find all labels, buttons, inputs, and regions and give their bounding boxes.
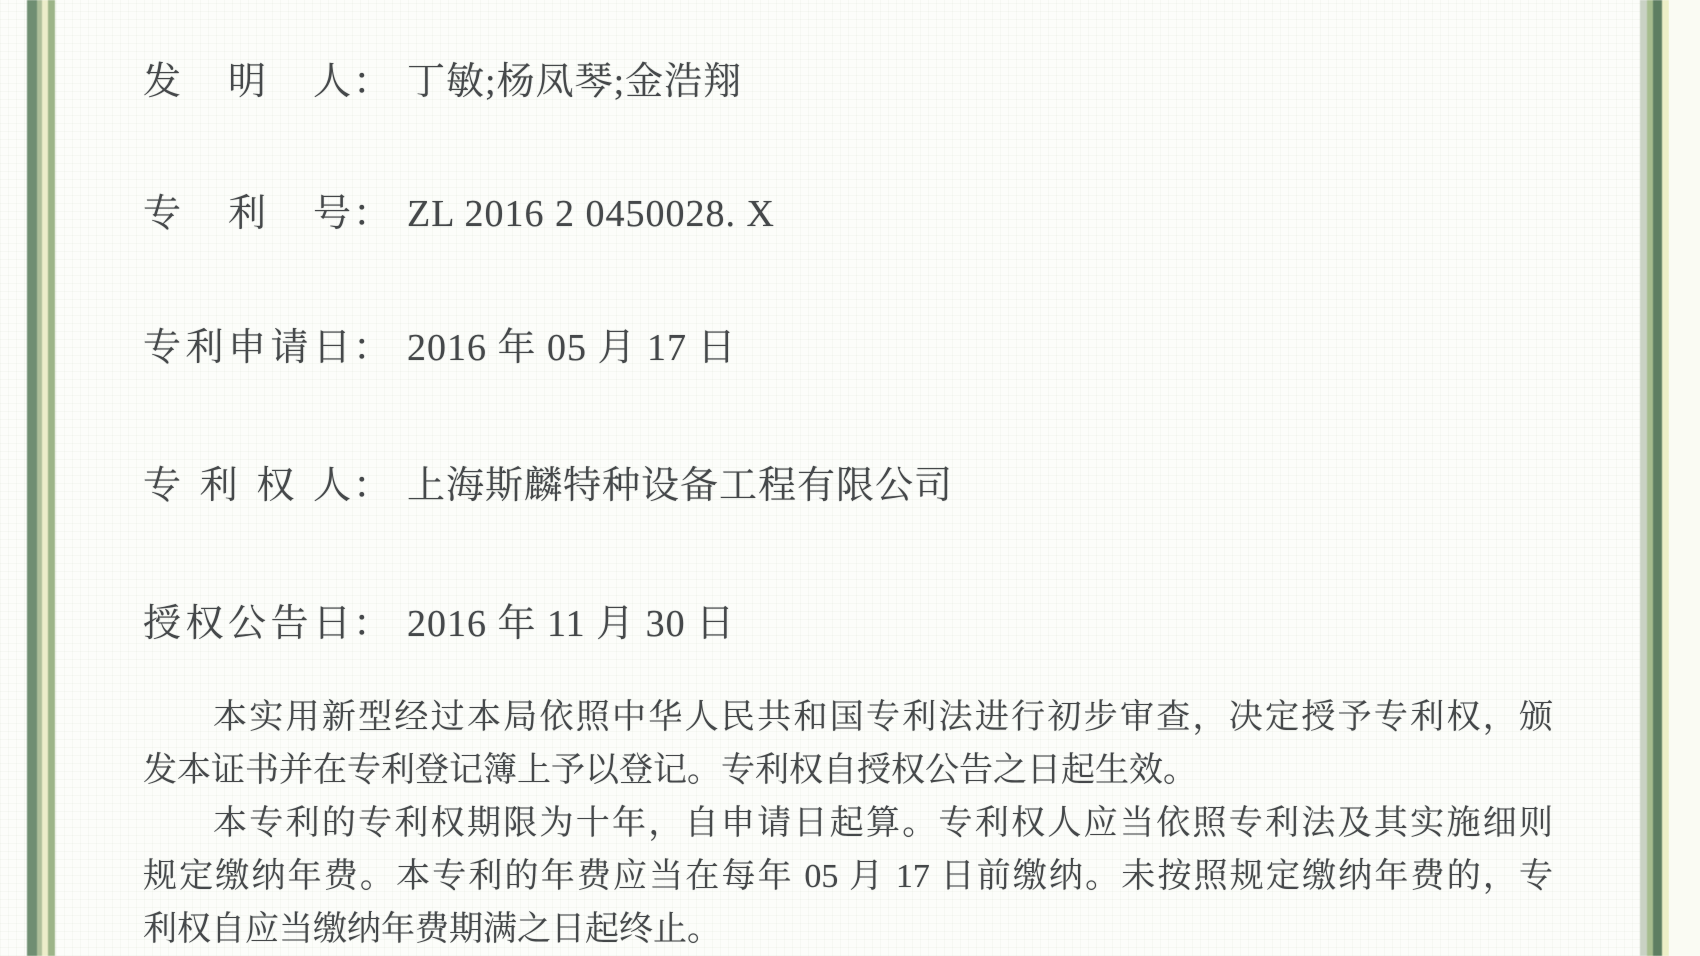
paragraph-line-4: 规定缴纳年费。本专利的年费应当在每年 05 月 17 日前缴纳。未按照规定缴纳年… [143,855,1553,899]
right-page-margin [1669,0,1700,956]
paragraph-line-2: 发本证书并在专利登记簿上予以登记。专利权自授权公告之日起生效。 [143,749,1553,793]
inventors-colon: ： [353,58,391,106]
inventors-value: 丁敏;杨凤琴;金浩翔 [407,58,742,106]
patentee-label: 专利权人 [143,462,351,510]
right-border-grey-stripe [1640,0,1647,956]
field-row-patent-number: 专利号：ZL 2016 2 0450028. X [143,190,775,238]
paragraph-line-1: 本实用新型经过本局依照中华人民共和国专利法进行初步审查，决定授予专利权，颁 [143,696,1553,740]
right-border-dark-green-stripe [1653,0,1662,956]
grant-date-value: 2016 年 11 月 30 日 [407,600,735,648]
patent-number-label: 专利号 [143,190,351,238]
filing-date-colon: ： [353,324,391,372]
filing-date-value: 2016 年 05 月 17 日 [407,324,737,372]
left-border-dark-green-stripe [27,0,37,956]
certificate-page: 发明人：丁敏;杨凤琴;金浩翔 专利号：ZL 2016 2 0450028. X … [0,0,1700,956]
field-row-filing-date: 专利申请日：2016 年 05 月 17 日 [143,324,737,372]
patent-number-colon: ： [353,190,391,238]
filing-date-label: 专利申请日 [143,324,351,372]
paragraph-line-5: 利权自应当缴纳年费期满之日起终止。 [143,908,1553,952]
field-row-patentee: 专利权人：上海斯麟特种设备工程有限公司 [143,462,953,510]
grant-date-label: 授权公告日 [143,600,351,648]
left-border-light-green-stripe [48,0,55,956]
right-border-cream-stripe [1662,0,1669,956]
patentee-value: 上海斯麟特种设备工程有限公司 [407,462,953,510]
certificate-right-border [1640,0,1669,956]
field-row-grant-date: 授权公告日：2016 年 11 月 30 日 [143,600,735,648]
paragraph-line-3: 本专利的专利权期限为十年，自申请日起算。专利权人应当依照专利法及其实施细则 [143,802,1553,846]
inventors-label: 发明人 [143,58,351,106]
patentee-colon: ： [353,462,391,510]
grant-date-colon: ： [353,600,391,648]
field-row-inventors: 发明人：丁敏;杨凤琴;金浩翔 [143,58,742,106]
patent-number-value: ZL 2016 2 0450028. X [407,190,775,238]
certificate-left-border [27,0,55,956]
